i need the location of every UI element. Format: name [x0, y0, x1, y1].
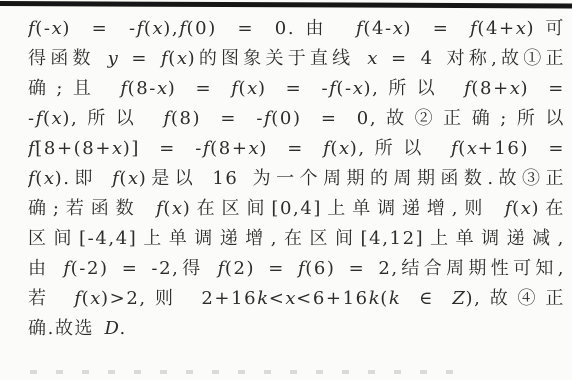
text-line: 由 f(-2) = -2,得 f(2) = f(6) = 2,结合周期性可知,: [28, 254, 565, 284]
text-line: 确;若函数 f(x)在区间[0,4]上单调递增,则 f(x)在: [28, 194, 565, 224]
text-line: 区间[-4,4]上单调递增,在区间[4,12]上单调递减,: [28, 224, 565, 254]
text-line: f(x).即 f(x)是以 16 为一个周期的周期函数.故③正: [28, 164, 565, 194]
cropped-next-line-fragment: [30, 370, 460, 374]
text-line-final-answer: 确.故选 D.: [28, 314, 565, 344]
text-line: f[8+(8+x)] = -f(8+x) = f(x),所以 f(x+16) =: [28, 134, 565, 164]
solution-paragraph: f(-x) = -f(x),f(0) = 0.由 f(4-x) = f(4+x)…: [28, 14, 565, 344]
text-line: 确;且 f(8-x) = f(x) = -f(-x),所以 f(8+x) =: [28, 74, 565, 104]
text-line: 若 f(x)>2,则 2+16k<x<6+16k(k ∈ Z),故④正: [28, 284, 565, 314]
page-top-rule: [0, 1, 572, 9]
text-line: 得函数 y = f(x)的图象关于直线 x = 4 对称,故①正: [28, 44, 565, 74]
text-line: f(-x) = -f(x),f(0) = 0.由 f(4-x) = f(4+x)…: [28, 14, 565, 44]
text-line: -f(x),所以 f(8) = -f(0) = 0,故②正确;所以: [28, 104, 565, 134]
